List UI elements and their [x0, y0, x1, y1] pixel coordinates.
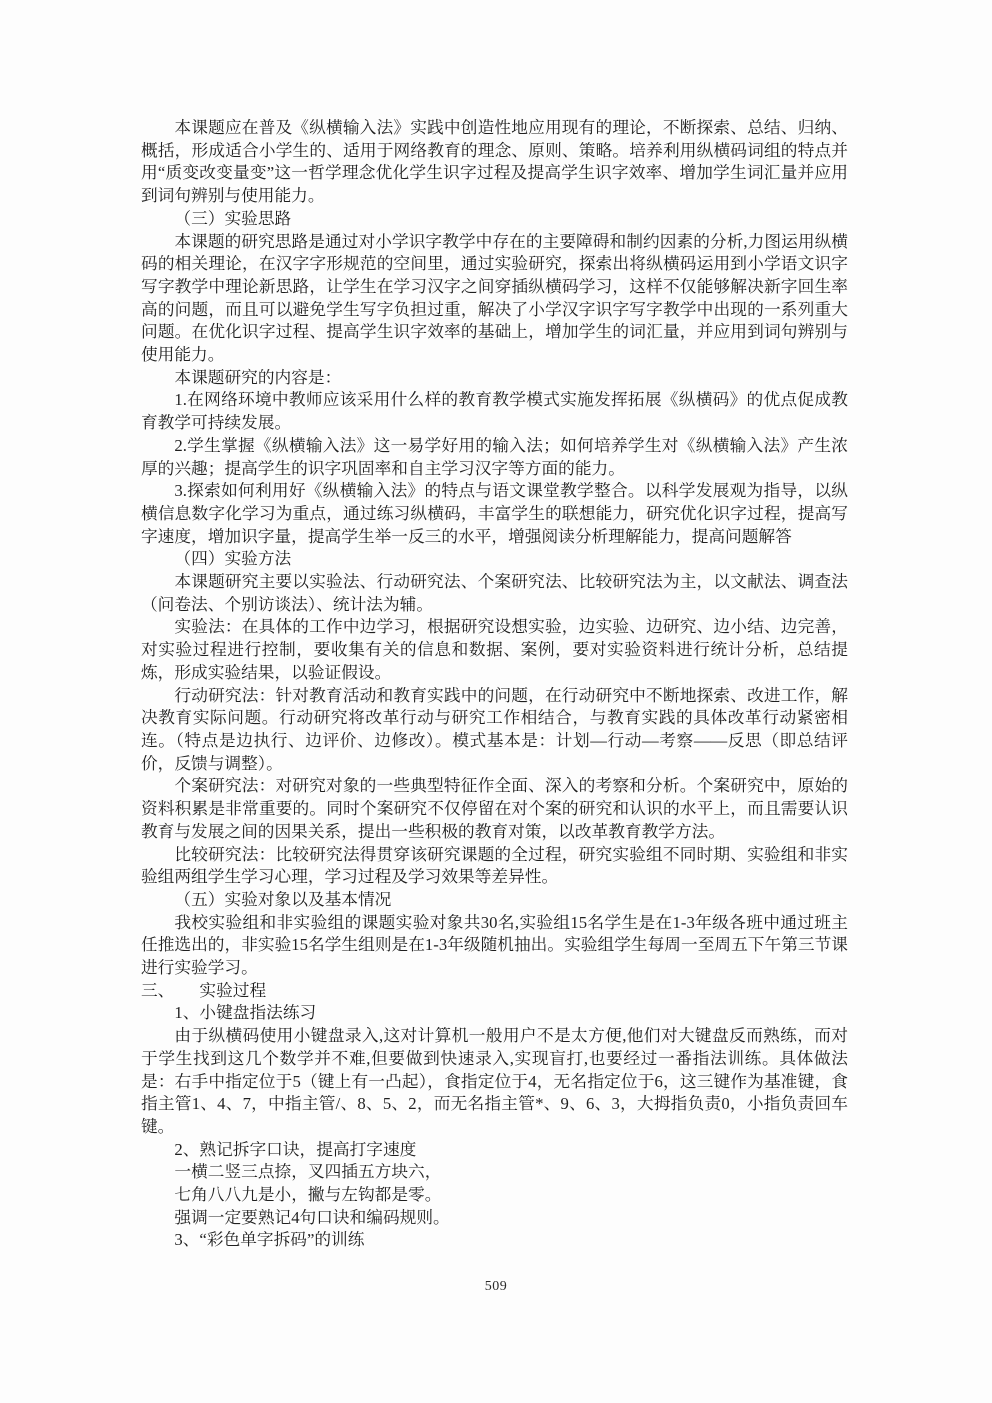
paragraph: 比较研究法：比较研究法得贯穿该研究课题的全过程，研究实验组不同时期、实验组和非实… [141, 844, 848, 889]
section-heading: （五）实验对象以及基本情况 [141, 889, 848, 912]
paragraph: 行动研究法：针对教育活动和教育实践中的问题，在行动研究中不断地探索、改进工作，解… [141, 685, 848, 776]
paragraph: 1.在网络环境中教师应该采用什么样的教育教学模式实施发挥拓展《纵横码》的优点促成… [141, 389, 848, 434]
document-page: 本课题应在普及《纵横输入法》实践中创造性地应用现有的理论，不断探索、总结、归纳、… [0, 0, 992, 1403]
paragraph: 3.探索如何利用好《纵横输入法》的特点与语文课堂教学整合。以科学发展观为指导，以… [141, 480, 848, 548]
paragraph: 由于纵横码使用小键盘录入,这对计算机一般用户不是太方便,他们对大键盘反而熟练，而… [141, 1025, 848, 1139]
section-heading: （四）实验方法 [141, 548, 848, 571]
section-heading: 1、小键盘指法练习 [141, 1002, 848, 1025]
section-heading: （三）实验思路 [141, 208, 848, 231]
paragraph: 一横二竖三点捺，叉四插五方块六， [141, 1161, 848, 1184]
paragraph: 我校实验组和非实验组的课题实验对象共30名,实验组15名学生是在1-3年级各班中… [141, 912, 848, 980]
section-heading: 三、 实验过程 [141, 980, 848, 1003]
paragraph: 本课题应在普及《纵横输入法》实践中创造性地应用现有的理论，不断探索、总结、归纳、… [141, 117, 848, 208]
paragraph: 本课题研究主要以实验法、行动研究法、个案研究法、比较研究法为主，以文献法、调查法… [141, 571, 848, 616]
section-heading: 3、“彩色单字拆码”的训练 [141, 1229, 848, 1252]
page-content: 本课题应在普及《纵横输入法》实践中创造性地应用现有的理论，不断探索、总结、归纳、… [141, 117, 848, 1252]
paragraph: 本课题的研究思路是通过对小学识字教学中存在的主要障碍和制约因素的分析,力图运用纵… [141, 231, 848, 367]
paragraph: 本课题研究的内容是： [141, 367, 848, 390]
paragraph: 实验法：在具体的工作中边学习，根据研究设想实验，边实验、边研究、边小结、边完善，… [141, 616, 848, 684]
page-number: 509 [0, 1279, 992, 1295]
paragraph: 2.学生掌握《纵横输入法》这一易学好用的输入法；如何培养学生对《纵横输入法》产生… [141, 435, 848, 480]
paragraph: 七角八八九是小，撇与左钩都是零。 [141, 1184, 848, 1207]
section-heading: 2、熟记拆字口诀，提高打字速度 [141, 1139, 848, 1162]
paragraph: 个案研究法：对研究对象的一些典型特征作全面、深入的考察和分析。个案研究中，原始的… [141, 775, 848, 843]
paragraph: 强调一定要熟记4句口诀和编码规则。 [141, 1207, 848, 1230]
